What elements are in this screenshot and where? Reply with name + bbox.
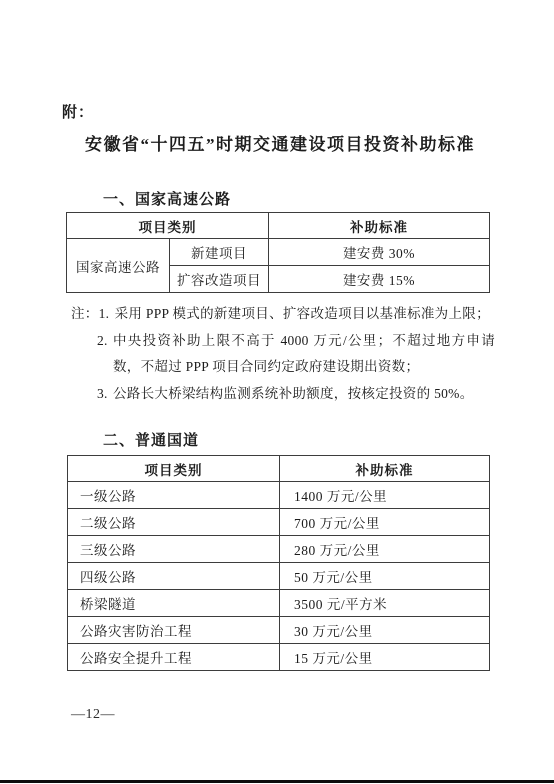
column-header-standard: 补助标准	[269, 213, 490, 239]
table-row: 一级公路 1400 万元/公里	[68, 482, 490, 509]
note-indent	[71, 381, 97, 408]
table-row: 国家高速公路 新建项目 建安费 30%	[67, 239, 490, 266]
table-header-row: 项目类别 补助标准	[67, 213, 490, 239]
notes-block: 注： 1. 采用 PPP 模式的新建项目、扩容改造项目以基准标准为上限； 2. …	[71, 301, 495, 407]
section-heading-national-expressway: 一、国家高速公路	[103, 188, 231, 209]
category-cell: 公路灾害防治工程	[68, 617, 280, 644]
table-row: 四级公路 50 万元/公里	[68, 563, 490, 590]
note-number: 1.	[99, 301, 115, 328]
column-header-category: 项目类别	[67, 213, 269, 239]
scan-bottom-edge	[0, 780, 554, 783]
note-number: 2.	[97, 328, 113, 381]
note-number: 3.	[97, 381, 113, 408]
standard-cell: 700 万元/公里	[280, 509, 490, 536]
category-cell: 桥梁隧道	[68, 590, 280, 617]
note-text: 采用 PPP 模式的新建项目、扩容改造项目以基准标准为上限；	[115, 301, 495, 328]
table-row: 二级公路 700 万元/公里	[68, 509, 490, 536]
note-text: 公路长大桥梁结构监测系统补助额度，按核定投资的 50%。	[113, 381, 495, 408]
standard-cell: 50 万元/公里	[280, 563, 490, 590]
note-item: 2. 中央投资补助上限不高于 4000 万元/公里；不超过地方申请数，不超过 P…	[71, 328, 495, 381]
note-text: 中央投资补助上限不高于 4000 万元/公里；不超过地方申请数，不超过 PPP …	[113, 328, 495, 381]
document-title: 安徽省“十四五”时期交通建设项目投资补助标准	[30, 130, 530, 155]
attachment-label: 附：	[62, 101, 94, 122]
notes-label: 注：	[71, 301, 99, 328]
standard-cell: 30 万元/公里	[280, 617, 490, 644]
note-indent	[71, 328, 97, 381]
category-cell: 二级公路	[68, 509, 280, 536]
page-number: —12—	[71, 707, 115, 723]
group-label-cell: 国家高速公路	[67, 239, 170, 293]
table-row: 公路安全提升工程 15 万元/公里	[68, 644, 490, 671]
standard-cell: 280 万元/公里	[280, 536, 490, 563]
table-row: 公路灾害防治工程 30 万元/公里	[68, 617, 490, 644]
standard-cell: 建安费 30%	[269, 239, 490, 266]
column-header-standard: 补助标准	[280, 456, 490, 482]
category-cell: 扩容改造项目	[170, 266, 269, 293]
table-ordinary-national-road: 项目类别 补助标准 一级公路 1400 万元/公里 二级公路 700 万元/公里…	[67, 455, 490, 671]
table-row: 桥梁隧道 3500 元/平方米	[68, 590, 490, 617]
category-cell: 三级公路	[68, 536, 280, 563]
document-page: 附： 安徽省“十四五”时期交通建设项目投资补助标准 一、国家高速公路 项目类别 …	[0, 0, 554, 784]
table-national-expressway: 项目类别 补助标准 国家高速公路 新建项目 建安费 30% 扩容改造项目 建安费…	[66, 212, 490, 293]
category-cell: 新建项目	[170, 239, 269, 266]
table-header-row: 项目类别 补助标准	[68, 456, 490, 482]
table-row: 三级公路 280 万元/公里	[68, 536, 490, 563]
section-heading-ordinary-national-road: 二、普通国道	[103, 429, 199, 450]
category-cell: 一级公路	[68, 482, 280, 509]
standard-cell: 1400 万元/公里	[280, 482, 490, 509]
category-cell: 公路安全提升工程	[68, 644, 280, 671]
standard-cell: 3500 元/平方米	[280, 590, 490, 617]
note-item: 3. 公路长大桥梁结构监测系统补助额度，按核定投资的 50%。	[71, 381, 495, 408]
column-header-category: 项目类别	[68, 456, 280, 482]
note-item: 注： 1. 采用 PPP 模式的新建项目、扩容改造项目以基准标准为上限；	[71, 301, 495, 328]
category-cell: 四级公路	[68, 563, 280, 590]
standard-cell: 建安费 15%	[269, 266, 490, 293]
standard-cell: 15 万元/公里	[280, 644, 490, 671]
